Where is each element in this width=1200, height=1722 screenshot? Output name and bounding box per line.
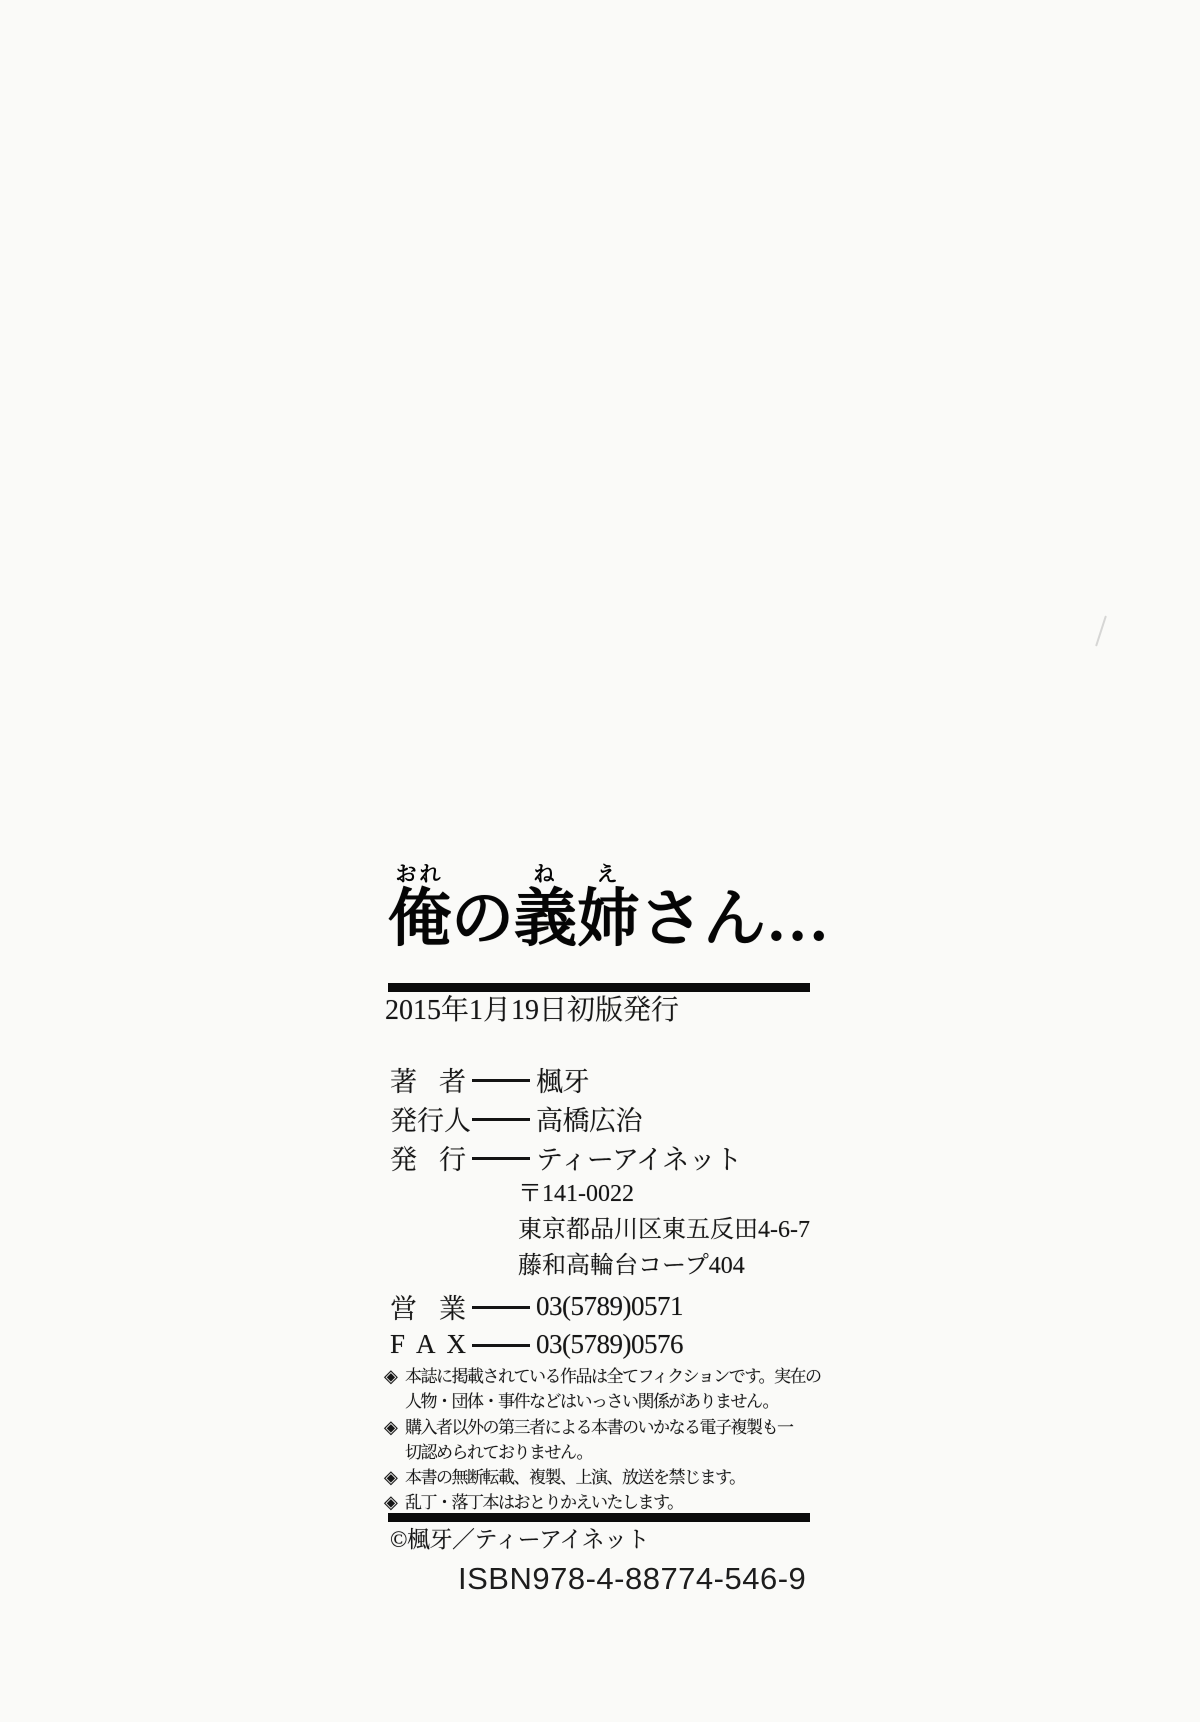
row-label: 著者 [390,1060,466,1099]
title-ruby-group: 義ね [514,884,577,954]
dash-rule [472,1079,530,1082]
dash-rule [472,1118,530,1121]
contact-info: 営業 03(5789)0571 FAX 03(5789)0576 [390,1287,683,1363]
footer-divider-rule [388,1513,810,1522]
scan-artifact [1095,615,1107,646]
disclaimer-line: 本書の無断転載、複製、上演、放送を禁じます。 [405,1465,864,1490]
title-text: の [451,884,514,954]
disclaimer-list: ◈ 本誌に掲載されている作品は全てフィクションです。実在の 人物・団体・事件など… [384,1364,864,1516]
publication-info: 著者 楓牙 発行人 高橋広治 発行 ティーアイネット [390,1060,742,1177]
dash-rule [472,1344,530,1347]
diamond-bullet-icon: ◈ [384,1415,398,1440]
disclaimer-item: ◈ 購入者以外の第三者による本書のいかなる電子複製も一 切認められておりません。 [384,1415,864,1466]
diamond-bullet-icon: ◈ [384,1465,398,1490]
diamond-bullet-icon: ◈ [384,1490,398,1515]
fax-row: FAX 03(5789)0576 [390,1325,683,1363]
title-furigana: おれ [388,862,451,886]
publisher-person-name: 高橋広治 [536,1099,642,1138]
copyright-line: ©楓牙／ティーアイネット [390,1526,649,1554]
publisher-name: ティーアイネット [536,1138,742,1177]
publisher-address: 〒141-0022 東京都品川区東五反田4-6-7 藤和高輪台コープ404 [518,1176,810,1284]
disclaimer-item: ◈ 乱丁・落丁本はおとりかえいたします。 [384,1490,864,1515]
isbn-number: ISBN978-4-88774-546-9 [458,1560,806,1597]
sales-phone-number: 03(5789)0571 [536,1291,683,1322]
author-name: 楓牙 [536,1060,589,1099]
colophon-page: 俺おれの義ね姉えさん… 2015年1月19日初版発行 著者 楓牙 発行人 高橋広… [0,0,1200,1722]
title-furigana: ね [514,862,577,886]
edition-date: 2015年1月19日初版発行 [385,994,679,1028]
diamond-bullet-icon: ◈ [384,1364,398,1389]
row-label: 発行 [390,1138,466,1177]
title-text: 姉 [577,884,640,954]
sales-phone-row: 営業 03(5789)0571 [390,1287,683,1325]
title-text: 俺 [388,884,451,954]
title-text: 義 [514,884,577,954]
disclaimer-line: 切認められておりません。 [405,1440,864,1465]
book-title: 俺おれの義ね姉えさん… [388,862,829,969]
fax-number: 03(5789)0576 [536,1329,683,1360]
title-divider-rule [388,983,810,992]
disclaimer-item: ◈ 本誌に掲載されている作品は全てフィクションです。実在の 人物・団体・事件など… [384,1364,864,1415]
dash-rule [472,1306,530,1309]
title-ruby-group: 俺おれ [388,884,451,954]
disclaimer-line: 購入者以外の第三者による本書のいかなる電子複製も一 [405,1415,864,1440]
address-line: 藤和高輪台コープ404 [518,1248,810,1284]
row-label: 発行人 [390,1099,466,1138]
address-line: 東京都品川区東五反田4-6-7 [518,1212,810,1248]
disclaimer-item: ◈ 本書の無断転載、複製、上演、放送を禁じます。 [384,1465,864,1490]
title-furigana: え [577,862,640,886]
publisher-person-row: 発行人 高橋広治 [390,1099,742,1138]
disclaimer-line: 乱丁・落丁本はおとりかえいたします。 [405,1490,864,1515]
author-row: 著者 楓牙 [390,1060,742,1099]
disclaimer-line: 人物・団体・事件などはいっさい関係がありません。 [405,1389,864,1414]
row-label: 営業 [390,1287,466,1326]
publisher-row: 発行 ティーアイネット [390,1138,742,1177]
dash-rule [472,1157,530,1160]
title-text: さん… [640,884,829,954]
postal-code: 〒141-0022 [518,1176,810,1212]
disclaimer-line: 本誌に掲載されている作品は全てフィクションです。実在の [405,1364,864,1389]
row-label: FAX [390,1329,466,1360]
title-ruby-group: 姉え [577,884,640,954]
